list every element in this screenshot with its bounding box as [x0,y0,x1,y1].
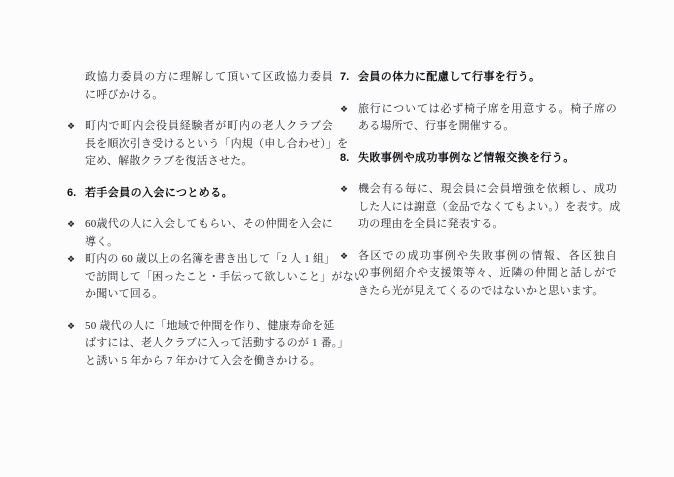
left-column: 政協力委員の方に理解して頂いて区政協力委員に呼びかける。❖町内で町内会役員経験者… [66,69,333,370]
text-line: と誘い 5 年から 7 年かけて入会を働きかける。 [85,353,333,371]
section-heading: 6.若手会員の入会につとめる。 [66,185,333,203]
diamond-bullet-icon: ❖ [67,252,75,270]
text-line: 60歳代の人に入会してもらい、その仲間を入会に [85,216,333,234]
bullet-item: ❖各区での成功事例や失敗事例の情報、各区独自の事例紹介や支援策等々、近隣の仲間と… [339,248,617,301]
text-line: 町内の 60 歳以上の名簿を書き出して「2 人 1 組」 [85,251,333,269]
diamond-bullet-icon: ❖ [67,217,75,235]
text-line: 政協力委員の方に理解して頂いて区政協力委員 [85,69,333,87]
heading-text: 会員の体力に配慮して行事を行う。 [358,69,617,87]
section-heading: 8.失敗事例や成功事例など情報交換を行う。 [339,150,617,168]
heading-text: 失敗事例や成功事例など情報交換を行う。 [358,150,617,168]
text-line: ばすには、老人クラブに入って活動するのが 1 番。」 [85,335,333,353]
diamond-bullet-icon: ❖ [67,319,75,337]
bullet-item: ❖60歳代の人に入会してもらい、その仲間を入会に導く。 [66,216,333,251]
diamond-bullet-icon: ❖ [340,102,348,120]
text-line: 機会有る毎に、現会員に会員増強を依頼し、成功 [358,181,617,199]
bullet-item: ❖町内で町内会役員経験者が町内の老人クラブ会長を順次引き受けるという「内規（申し… [66,118,333,171]
bullet-item: ❖機会有る毎に、現会員に会員増強を依頼し、成功した人には謝意（金品でなくてもよい… [339,181,617,234]
text-line: か聞いて回る。 [85,286,333,304]
diamond-bullet-icon: ❖ [340,249,348,267]
text-line: 功の理由を全員に発表する。 [358,216,617,234]
document-page: 政協力委員の方に理解して頂いて区政協力委員に呼びかける。❖町内で町内会役員経験者… [0,0,674,477]
text-line: 旅行については必ず椅子席を用意する。椅子席の [358,101,617,119]
text-line: 定め、解散クラブを復活させた。 [85,153,333,171]
text-line: 50 歳代の人に「地域で仲間を作り、健康寿命を延 [85,318,333,336]
section-number: 6. [67,185,76,203]
bullet-item: ❖旅行については必ず椅子席を用意する。椅子席のある場所で、行事を開催する。 [339,101,617,136]
paragraph: 政協力委員の方に理解して頂いて区政協力委員に呼びかける。 [66,69,333,104]
section-number: 7. [340,69,349,87]
text-line: ある場所で、行事を開催する。 [358,118,617,136]
text-line: した人には謝意（金品でなくてもよい。）を表す。成 [358,199,617,217]
bullet-item: ❖町内の 60 歳以上の名簿を書き出して「2 人 1 組」で訪問して「困ったこと… [66,251,333,304]
text-line: きたら光が見えてくるのではないかと思います。 [358,283,617,301]
section-heading: 7.会員の体力に配慮して行事を行う。 [339,69,617,87]
heading-text: 若手会員の入会につとめる。 [85,185,333,203]
text-line: の事例紹介や支援策等々、近隣の仲間と話しがで [358,265,617,283]
text-line: 長を順次引き受けるという「内規（申し合わせ）」を [85,136,333,154]
diamond-bullet-icon: ❖ [340,182,348,200]
text-line: 町内で町内会役員経験者が町内の老人クラブ会 [85,118,333,136]
section-number: 8. [340,150,349,168]
text-line: 各区での成功事例や失敗事例の情報、各区独自 [358,248,617,266]
text-line: に呼びかける。 [85,87,333,105]
right-column: 7.会員の体力に配慮して行事を行う。❖旅行については必ず椅子席を用意する。椅子席… [339,69,617,300]
diamond-bullet-icon: ❖ [67,119,75,137]
text-line: 導く。 [85,234,333,252]
bullet-item: ❖50 歳代の人に「地域で仲間を作り、健康寿命を延ばすには、老人クラブに入って活… [66,318,333,371]
text-line: で訪問して「困ったこと・手伝って欲しいこと」がない [85,269,333,287]
